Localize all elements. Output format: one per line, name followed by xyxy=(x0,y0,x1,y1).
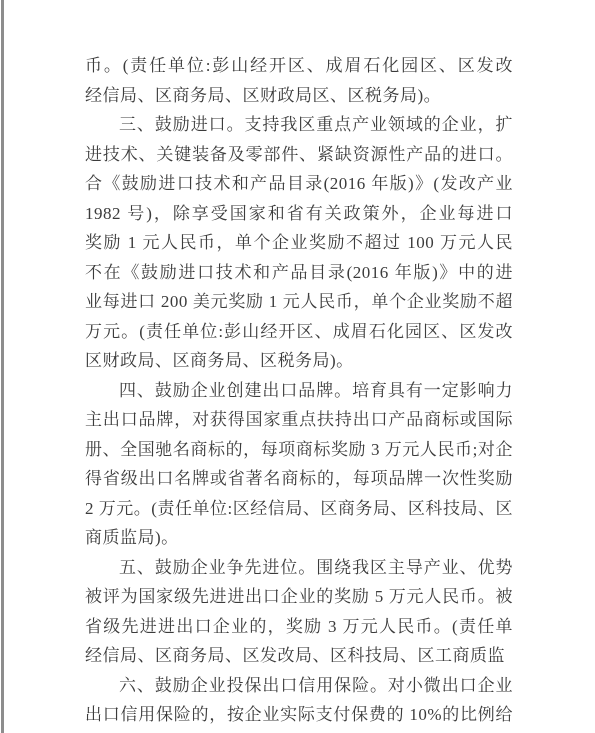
text-line: 得省级出口名牌或省著名商标的，每项品牌一次性奖励企业 xyxy=(85,464,513,494)
text-line: 奖励 1 元人民币，单个企业奖励不超过 100 万元人民币。对 xyxy=(85,228,513,258)
text-line: 万元。(责任单位:彭山经开区、成眉石化园区、区发改局、 xyxy=(85,317,513,347)
text-line: 区财政局、区商务局、区税务局)。 xyxy=(85,346,513,376)
text-line: 出口信用保险的，按企业实际支付保费的 10%的比例给予补 xyxy=(85,700,513,730)
text-line: 币。(责任单位:彭山经开区、成眉石化园区、区发改局、区 xyxy=(85,51,513,81)
text-line: 主出口品牌，对获得国家重点扶持出口产品商标或国际注 xyxy=(85,405,513,435)
text-line: 经信局、区商务局、区财政局区、区税务局)。 xyxy=(85,81,513,111)
text-line: 不在《鼓励进口技术和产品目录(2016 年版)》中的进口，企 xyxy=(85,258,513,288)
page-scan-edge xyxy=(1,0,4,733)
text-line: 六、鼓励企业投保出口信用保险。对小微出口企业投保 xyxy=(85,671,513,701)
text-line: 2 万元。(责任单位:区经信局、区商务局、区科技局、区工 xyxy=(85,494,513,524)
text-line: 五、鼓励企业争先进位。围绕我区主导产业、优势产业， xyxy=(85,553,513,583)
text-line: 省级先进进出口企业的，奖励 3 万元人民币。(责任单位:区 xyxy=(85,612,513,642)
text-line: 商质监局)。 xyxy=(85,523,513,553)
text-line: 四、鼓励企业创建出口品牌。培育具有一定影响力的自 xyxy=(85,376,513,406)
text-line: 合《鼓励进口技术和产品目录(2016 年版)》(发改产业〔2016〕 xyxy=(85,169,513,199)
text-line: 册、全国驰名商标的，每项商标奖励 3 万元人民币;对企业获 xyxy=(85,435,513,465)
text-line: 经信局、区商务局、区发改局、区科技局、区工商质监局)。 xyxy=(85,641,513,671)
document-body: 币。(责任单位:彭山经开区、成眉石化园区、区发改局、区经信局、区商务局、区财政局… xyxy=(85,51,513,730)
text-line: 业每进口 200 美元奖励 1 元人民币，单个企业奖励不超过 20 xyxy=(85,287,513,317)
text-line: 三、鼓励进口。支持我区重点产业领域的企业，扩大先 xyxy=(85,110,513,140)
scanned-page: 币。(责任单位:彭山经开区、成眉石化园区、区发改局、区经信局、区商务局、区财政局… xyxy=(0,0,595,733)
text-line: 进技术、关键装备及零部件、紧缺资源性产品的进口。对符 xyxy=(85,140,513,170)
text-line: 1982 号)，除享受国家和省有关政策外，企业每进口 100 美元 xyxy=(85,199,513,229)
text-line: 被评为国家级先进进出口企业的奖励 5 万元人民币。被评为 xyxy=(85,582,513,612)
